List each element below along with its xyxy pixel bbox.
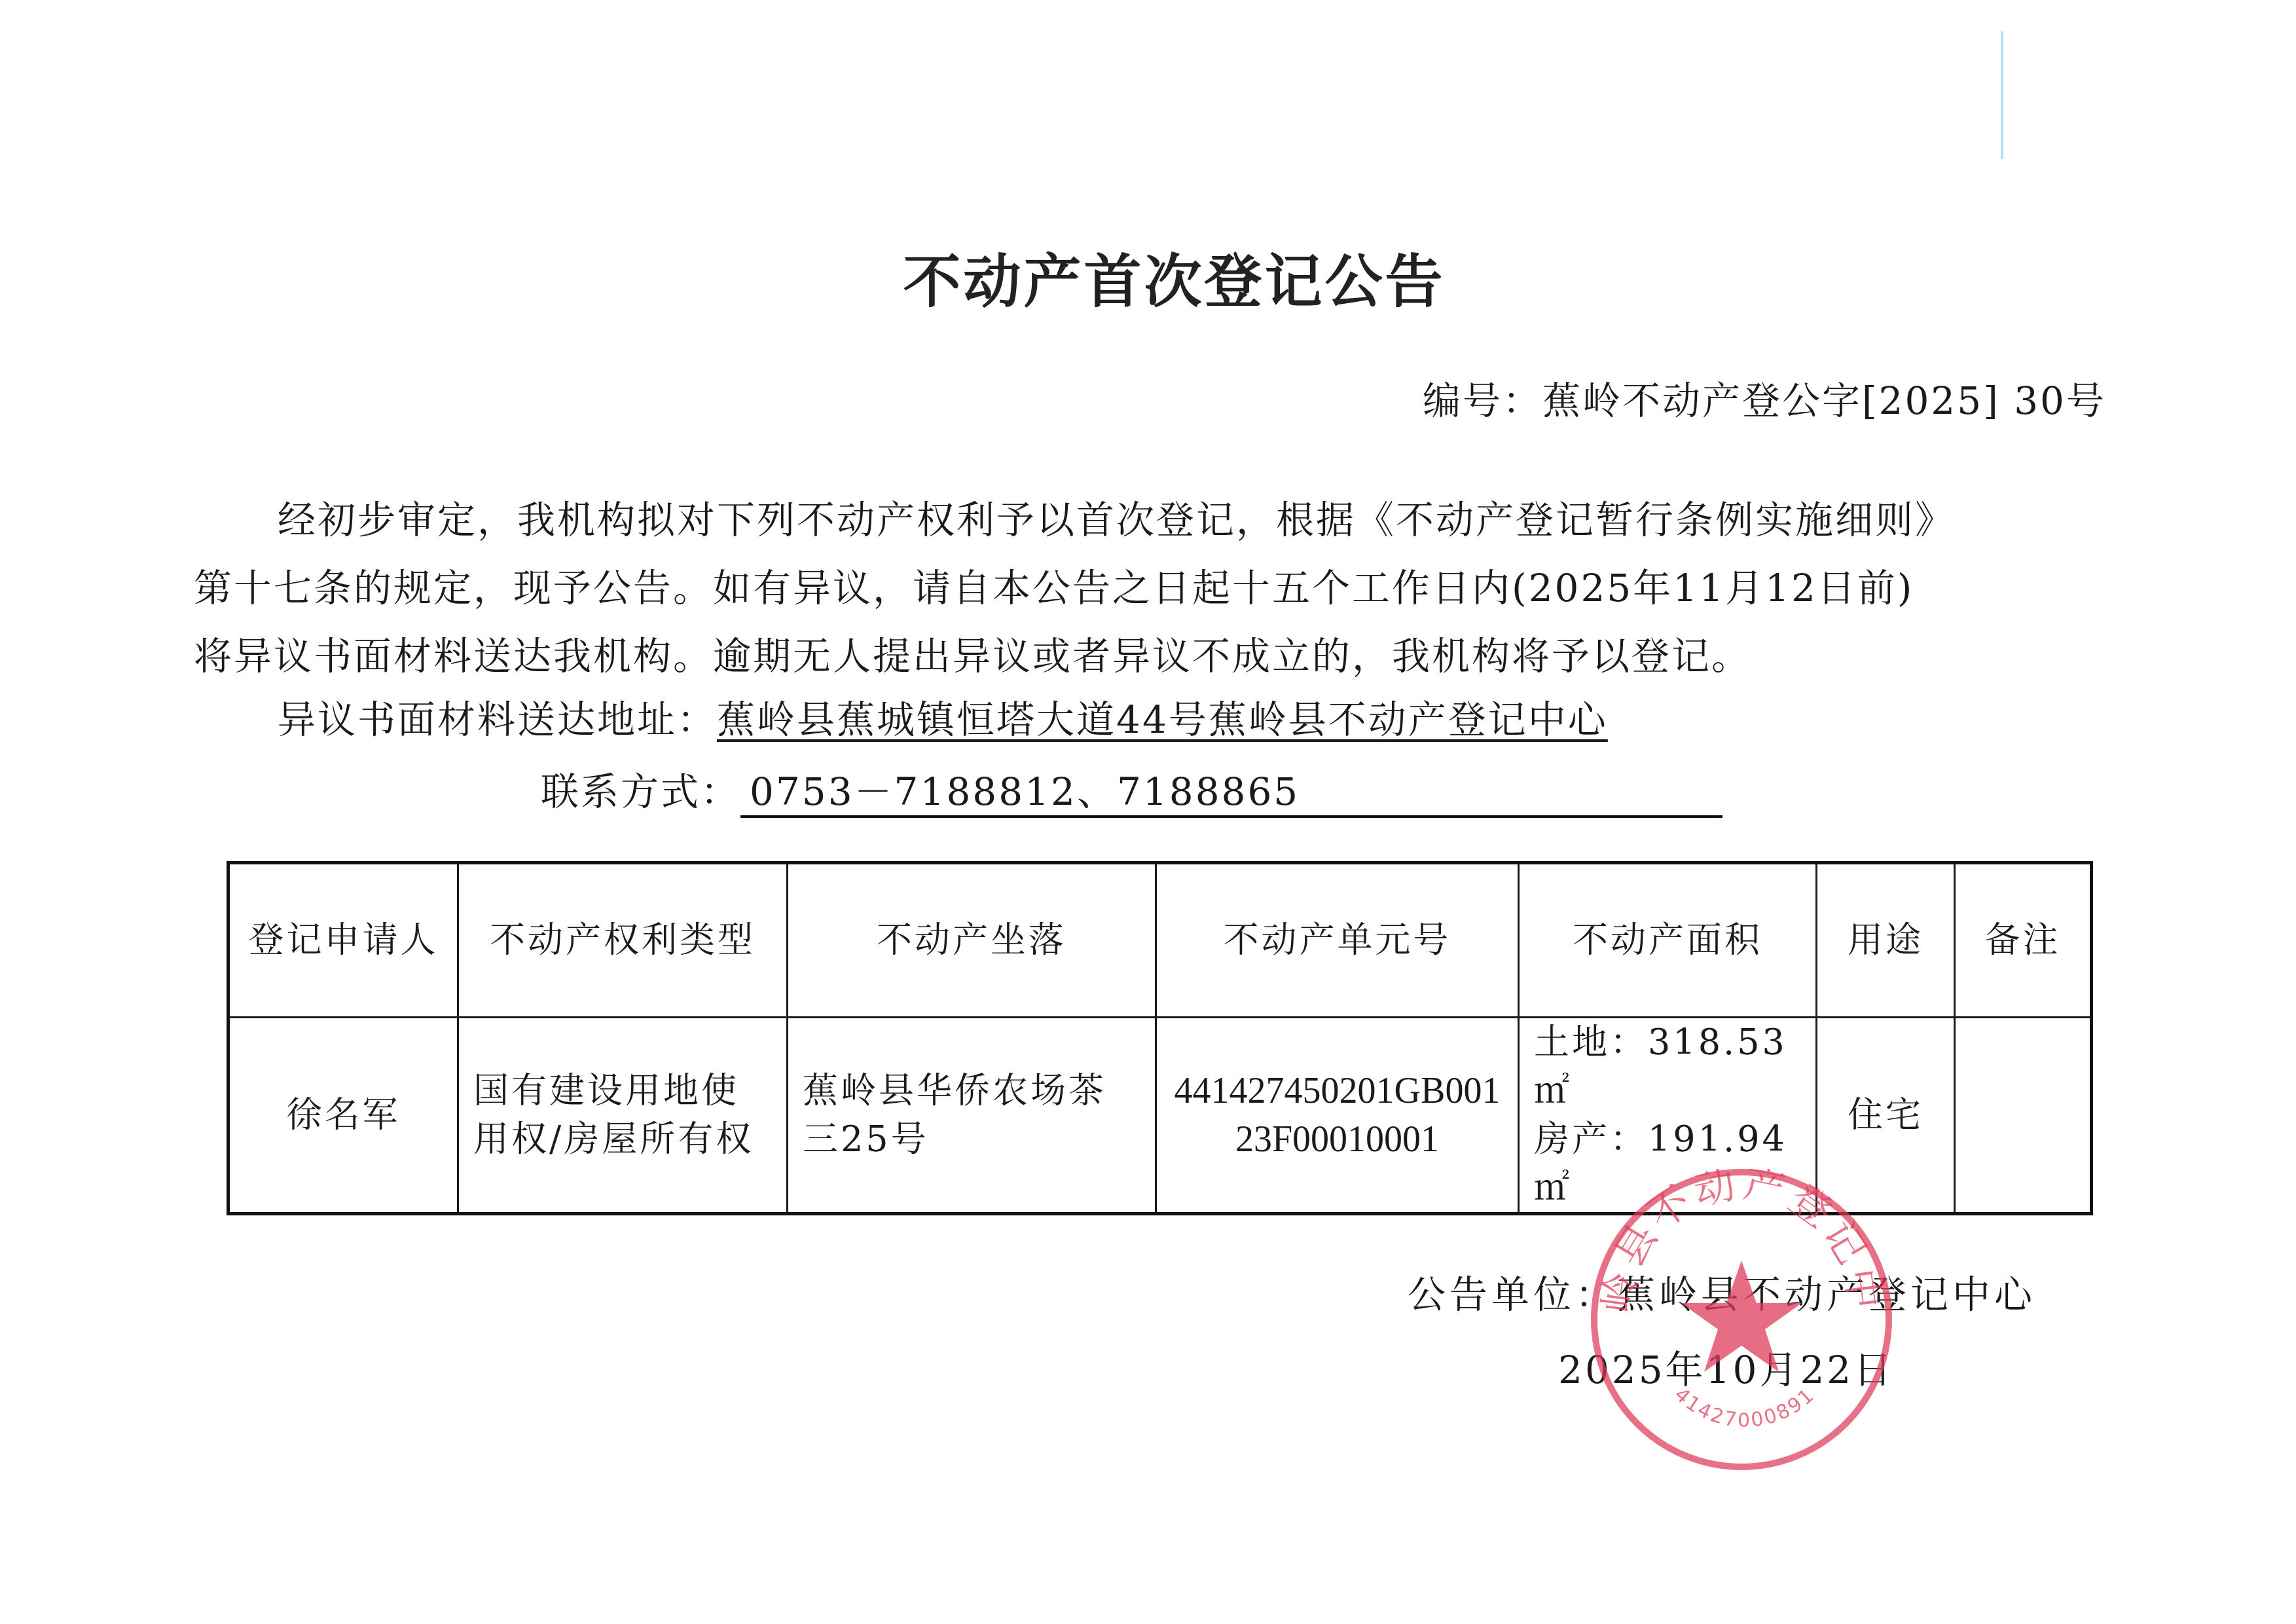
objection-address: 异议书面材料送达地址：蕉岭县蕉城镇恒塔大道44号蕉岭县不动产登记中心 — [278, 689, 1608, 744]
header-applicant: 登记申请人 — [228, 863, 458, 1018]
body-line-3: 将异议书面材料送达我机构。逾期无人提出异议或者异议不成立的，我机构将予以登记。 — [194, 622, 2112, 690]
contact-value: 0753－7188812、7188865 — [740, 768, 1722, 818]
header-usage: 用途 — [1817, 863, 1955, 1018]
contact-info: 联系方式：0753－7188812、7188865 — [541, 761, 1722, 818]
page-title: 不动产首次登记公告 — [0, 236, 2296, 318]
cell-applicant: 徐名军 — [228, 1018, 458, 1214]
cell-location: 蕉岭县华侨农场茶 三25号 — [788, 1018, 1156, 1214]
header-right-type: 不动产权利类型 — [458, 863, 788, 1018]
cell-usage: 住宅 — [1817, 1018, 1955, 1214]
issuer-signature: 公告单位：蕉岭县不动产登记中心 — [1408, 1264, 2036, 1319]
cell-remark — [1955, 1018, 2092, 1214]
registration-table: 登记申请人 不动产权利类型 不动产坐落 不动产单元号 不动产面积 用途 备注 徐… — [227, 861, 2093, 1215]
area-house: 房产：191.94 ㎡ — [1534, 1115, 1809, 1212]
body-line-1: 经初步审定，我机构拟对下列不动产权利予以首次登记，根据《不动产登记暂行条例实施细… — [194, 486, 2112, 554]
cell-unit-number: 441427450201GB001 23F00010001 — [1156, 1018, 1519, 1214]
address-label: 异议书面材料送达地址： — [278, 697, 717, 742]
scan-artifact-line — [2001, 31, 2003, 159]
cell-right-type: 国有建设用地使 用权/房屋所有权 — [458, 1018, 788, 1214]
table-row: 徐名军 国有建设用地使 用权/房屋所有权 蕉岭县华侨农场茶 三25号 44142… — [228, 1018, 2092, 1214]
header-location: 不动产坐落 — [788, 863, 1156, 1018]
cell-area: 土地：318.53 ㎡ 房产：191.94 ㎡ — [1519, 1018, 1817, 1214]
header-area: 不动产面积 — [1519, 863, 1817, 1018]
issue-date: 2025年10月22日 — [1558, 1339, 1894, 1394]
header-remark: 备注 — [1955, 863, 2092, 1018]
address-value: 蕉岭县蕉城镇恒塔大道44号蕉岭县不动产登记中心 — [717, 697, 1608, 742]
header-unit-number: 不动产单元号 — [1156, 863, 1519, 1018]
body-line-2: 第十七条的规定，现予公告。如有异议，请自本公告之日起十五个工作日内(2025年1… — [194, 554, 2112, 622]
area-land: 土地：318.53 ㎡ — [1534, 1018, 1809, 1115]
contact-label: 联系方式： — [541, 769, 740, 814]
document-number: 编号：蕉岭不动产登公字[2025] 30号 — [1423, 370, 2106, 425]
notice-body: 经初步审定，我机构拟对下列不动产权利予以首次登记，根据《不动产登记暂行条例实施细… — [194, 486, 2112, 690]
table-header-row: 登记申请人 不动产权利类型 不动产坐落 不动产单元号 不动产面积 用途 备注 — [228, 863, 2092, 1018]
